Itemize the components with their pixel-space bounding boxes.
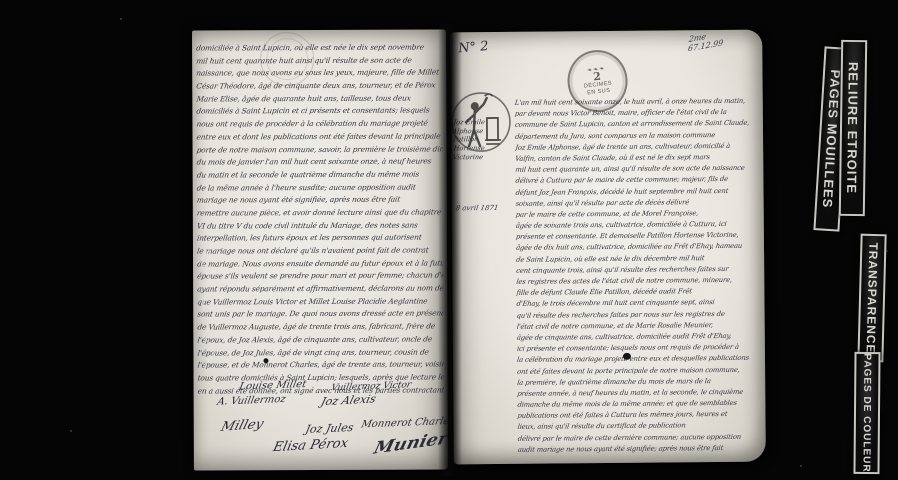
signature: Milley: [219, 417, 265, 435]
handwritten-line: le mariage nous ont déclaré qu'ils n'ava…: [196, 244, 444, 258]
ink-blot: [623, 353, 631, 360]
signature: Elisa Pérox: [272, 436, 350, 455]
signature: Vuillermoz Victor: [330, 380, 412, 393]
handwritten-line: l'époux, de Joz Alexis, âgé de cinquante…: [197, 333, 445, 347]
register-right-page: 2me 67.12.99 N° 2 ❧❧❧ 2 DÉCIMES EN SUS J…: [450, 30, 766, 465]
signature: Monnerot Charles: [360, 416, 448, 431]
handwritten-line: César Théodore, âgé de cinquante deux an…: [195, 80, 443, 94]
handwritten-line: domiciliés à Saint Lupicin et ci présent…: [196, 105, 444, 119]
handwritten-line: épouse s'ils veulent se prendre pour mar…: [196, 270, 444, 284]
page-edge-marks: [190, 246, 218, 314]
right-page-text: L'an mil huit cent soixante onze, le hui…: [515, 96, 760, 456]
handwritten-line: remettre aucune pièce, et avoir donné le…: [196, 206, 444, 220]
handwritten-line: nous ont requis de procéder à la célébra…: [196, 118, 444, 132]
page-edge-marks: [192, 326, 220, 370]
signature: Joz Alexis: [320, 392, 378, 408]
handwritten-line: audit mariage ne nous ayant été signifié…: [517, 442, 760, 455]
stamp-word-ensus: EN SUS: [587, 87, 611, 96]
left-page-text: domiciliée à Saint Lupicin, où elle est …: [196, 41, 444, 397]
act-number: N° 2: [458, 39, 489, 56]
handwritten-line: naissance, que nous avons eu sous les ye…: [195, 67, 443, 81]
signature: Munier: [372, 429, 448, 459]
dust-speck: [886, 250, 888, 252]
register-left-page: domiciliée à Saint Lupicin, où elle est …: [192, 29, 448, 470]
signature: Joz Jules: [304, 421, 355, 436]
film-label-pages-de-couleur: PAGES DE COULEUR: [853, 352, 880, 474]
signature: A. Vuillermoz: [216, 394, 287, 408]
margin-spouse-names: Joz Emile AlphonsePatillonHortense Victo…: [453, 118, 515, 161]
handwritten-line: du matin et la seconde le quatrième dima…: [196, 168, 444, 182]
handwritten-line: de Vuillermoz Auguste, âgé de trente tro…: [196, 321, 444, 335]
dust-speck: [120, 18, 122, 20]
film-label-reliure-etroite: RELIURE ETROITE: [839, 40, 867, 216]
handwritten-line: ayant répondu séparément et affirmativem…: [196, 283, 444, 297]
handwritten-line: domiciliée à Saint Lupicin, où elle est …: [195, 41, 443, 55]
handwritten-line: sont unis par le mariage. De quoi nous a…: [196, 308, 444, 322]
handwritten-line: interpellation, les futurs époux et les …: [196, 232, 444, 246]
microfilm-frame: domiciliée à Saint Lupicin, où elle est …: [0, 0, 898, 480]
handwritten-line: l'épouse, et de Monnerot Charles, âgé de…: [197, 359, 445, 373]
corner-annotation: 2me 67.12.99: [688, 30, 725, 54]
handwritten-line: du mois de janvier l'an mil huit cent so…: [196, 156, 444, 170]
handwritten-line: entre eux et dont les publications ont é…: [196, 130, 444, 144]
ink-blot: [263, 358, 268, 363]
dust-speck: [800, 465, 802, 467]
film-label-transparence: TRANSPARENCE: [857, 234, 886, 363]
dust-speck: [70, 430, 72, 432]
binding-gutter: [438, 24, 462, 476]
handwritten-line: mariage ne nous ayant été signifiée, apr…: [196, 194, 444, 208]
signature-block: Louise MilletVuillermoz VictorA. Vuiller…: [204, 379, 444, 468]
signature: Louise Millet: [238, 379, 307, 393]
